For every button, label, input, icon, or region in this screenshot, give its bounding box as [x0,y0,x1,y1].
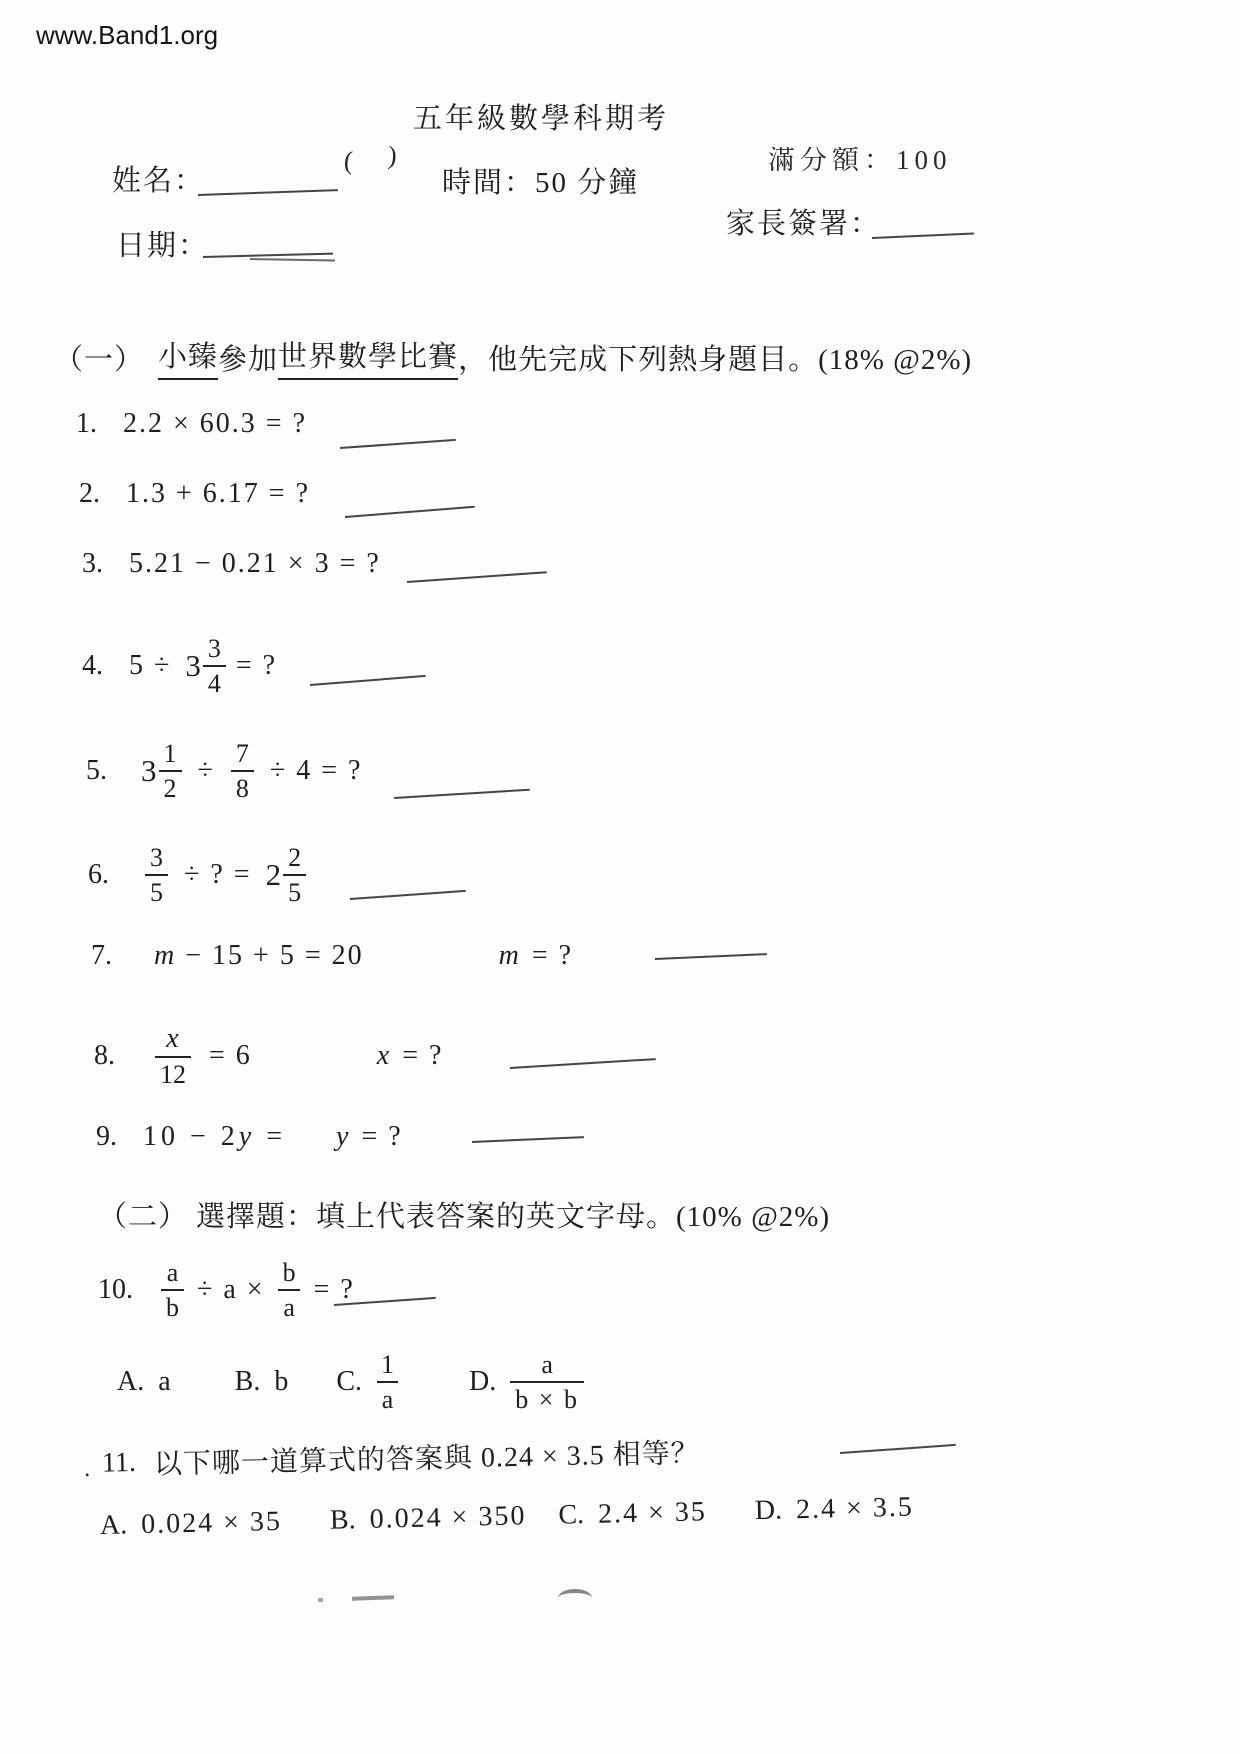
denominator: 4 [203,665,226,697]
question-4-number: 4. [82,650,103,682]
question-1-number: 1. [76,408,97,440]
name-blank [198,189,338,196]
numerator: 2 [283,844,306,874]
question-1-expression: 2.2 × 60.3 = ? [123,408,307,440]
fraction: 7 8 [231,740,254,803]
answer-blank-q3 [407,571,547,583]
fraction: 1 a [376,1351,399,1414]
student-name-underlined: 小臻 [158,334,218,380]
question-5-post: ÷ 4 = ? [270,755,363,787]
question-9-number: 9. [96,1121,117,1153]
whole-number: 3 [141,753,157,789]
section2-text: 選擇題：填上代表答案的英文字母。(10% @2%) [196,1194,830,1235]
denominator: a [278,1289,300,1321]
option-b-label: B. [330,1504,356,1537]
question-11-options: A. 0.024 × 35 B. 0.024 × 350 C. 2.4 × 35… [100,1492,915,1542]
question-4-pre: 5 ÷ [129,650,171,682]
fraction: a b [161,1259,184,1322]
question-5: 5. 3 1 2 ÷ 7 8 ÷ 4 = ? [86,727,362,815]
numerator-variable-x: x [161,1024,184,1056]
whole-number: 2 [266,857,282,893]
question-8: 8. x 12 = 6 x = ? [94,1014,443,1098]
event-name-underlined: 世界數學比賽 [278,334,458,380]
section2-heading: （二） 選擇題：填上代表答案的英文字母。(10% @2%) [98,1194,830,1235]
option-c: C. 1 a [336,1351,399,1414]
parent-signature-blank [872,233,974,239]
section1-heading: （一） 小臻 參加 世界數學比賽 ，他先完成下列熱身題目。(18% @2%) [54,334,972,380]
question-4: 4. 5 ÷ 3 3 4 = ? [82,624,277,708]
option-d: D. a b × b [469,1351,584,1414]
answer-blank-q6 [350,890,466,900]
question-9-post: = [266,1121,284,1153]
question-11-text: 以下哪一道算式的答案與 0.24 × 3.5 相等？ [154,1431,701,1482]
question-3-expression: 5.21 − 0.21 × 3 = ? [129,548,381,580]
answer-variable-y: y [336,1121,349,1153]
numerator: 1 [376,1351,399,1381]
option-b-text: b [274,1366,290,1398]
question-10: 10. a b ÷ a × b a = ? [98,1248,355,1332]
question-10-options: A. a B. b C. 1 a D. a b × b [117,1342,584,1422]
question-5-operator: ÷ [198,755,215,787]
class-paren-close: ) [387,141,398,172]
option-a: A. 0.024 × 35 [100,1506,283,1542]
numerator: a [162,1259,184,1289]
answer-variable-m: m [499,940,520,972]
question-10-post: = ? [314,1274,355,1306]
answer-blank-q9 [472,1136,584,1143]
question-6-number: 6. [88,859,109,891]
date-blank-squiggle [250,258,335,261]
answer-blank-q7 [655,953,767,960]
scan-artifact-dash [352,1595,394,1600]
option-a: A. a [117,1366,173,1398]
option-c-text: 2.4 × 35 [598,1496,707,1530]
fraction: x 12 [155,1024,191,1089]
question-11: . 11. 以下哪一道算式的答案與 0.24 × 3.5 相等？ [84,1431,700,1484]
variable-m: m [154,940,175,972]
fraction: 2 5 [283,844,306,907]
question-2-number: 2. [79,478,100,510]
option-a-text: a [158,1366,172,1398]
numerator: 1 [159,740,182,770]
option-b-label: B. [235,1366,261,1398]
option-d-label: D. [469,1366,496,1398]
section1-text1: 參加 [218,337,278,378]
full-marks-label: 滿分額：100 [768,147,978,174]
mixed-number: 3 1 2 [141,740,182,803]
numerator: 3 [145,844,168,874]
numerator: 7 [231,740,254,770]
option-c: C. 2.4 × 35 [558,1496,707,1531]
question-7: 7. m − 15 + 5 = 20 m = ? [91,933,573,979]
question-6: 6. 3 5 ÷ ? = 2 2 5 [88,831,306,919]
question-7-number: 7. [91,940,112,972]
numerator: 3 [203,635,226,665]
question-1: 1. 2.2 × 60.3 = ? [76,408,307,440]
denominator: 5 [283,874,306,906]
numerator: a [536,1351,558,1381]
section1-marker: （一） [54,337,144,378]
question-9: 9. 10 − 2 y = y = ? [96,1114,403,1160]
section1-text2: ，他先完成下列熱身題目。(18% @2%) [458,337,972,378]
full-marks-text: 滿分額：100 [768,147,978,174]
fraction: 3 4 [203,635,226,698]
scan-artifact-dot [318,1598,323,1602]
option-b: B. b [235,1366,291,1398]
scan-artifact-arc [558,1589,592,1607]
exam-title: 五年級數學科期考 [413,96,669,137]
fraction: 1 2 [159,740,182,803]
question-9-answer-eq: = ? [361,1121,402,1153]
option-b-text: 0.024 × 350 [369,1500,526,1536]
option-d: D. 2.4 × 3.5 [754,1492,914,1528]
time-label: 時間：50 分鐘 [442,160,639,201]
question-8-post: = 6 [209,1040,252,1072]
question-2-expression: 1.3 + 6.17 = ? [126,478,310,510]
option-b: B. 0.024 × 350 [330,1500,527,1536]
option-d-text: 2.4 × 3.5 [796,1492,914,1527]
denominator: 12 [155,1056,191,1088]
question-11-leading-dot: . [84,1455,91,1482]
question-7-rest: − 15 + 5 = 20 [185,940,363,972]
question-2: 2. 1.3 + 6.17 = ? [79,478,310,510]
answer-blank-q11 [840,1444,956,1454]
variable-y: y [239,1121,252,1153]
denominator: 5 [145,874,168,906]
denominator: 8 [231,770,254,802]
question-10-mid: ÷ a × [197,1274,265,1306]
option-c-label: C. [336,1366,362,1398]
question-3: 3. 5.21 − 0.21 × 3 = ? [82,548,381,580]
fraction: b a [278,1259,301,1322]
mixed-number: 2 2 5 [266,844,307,907]
section2-marker: （二） [98,1194,188,1235]
denominator: b [161,1289,184,1321]
option-a-text: 0.024 × 35 [141,1506,282,1541]
answer-blank-q2 [345,506,475,518]
exam-paper-page: www.Band1.org 五年級數學科期考 姓名： ( ) 時間：50 分鐘 … [0,0,1240,1754]
answer-blank-q8 [510,1058,656,1069]
answer-blank-q4 [310,675,426,686]
option-a-label: A. [100,1509,128,1542]
numerator: b [278,1259,301,1289]
answer-blank-q5 [394,789,530,799]
parent-signature-label: 家長簽署： [726,201,881,242]
denominator: a [377,1381,399,1413]
denominator: b × b [510,1381,584,1413]
fraction: 3 5 [145,844,168,907]
question-3-number: 3. [82,548,103,580]
question-8-number: 8. [94,1040,115,1072]
watermark: www.Band1.org [36,20,218,51]
question-9-pre: 10 − 2 [143,1121,239,1153]
answer-blank-q1 [340,439,456,449]
option-c-label: C. [558,1499,584,1532]
option-d-label: D. [754,1495,782,1528]
whole-number: 3 [185,648,201,684]
denominator: 2 [159,770,182,802]
answer-variable-x: x [377,1040,390,1072]
question-10-number: 10. [98,1274,133,1306]
question-7-answer-eq: = ? [532,940,573,972]
question-5-number: 5. [86,755,107,787]
mixed-number: 3 3 4 [185,635,226,698]
date-label: 日期： [116,223,209,264]
fraction: a b × b [510,1351,584,1414]
question-6-mid: ÷ ? = [184,859,252,891]
class-paren-open: ( [343,146,354,177]
question-11-number: 11. [102,1447,137,1480]
question-8-answer-eq: = ? [402,1040,443,1072]
date-blank [203,253,333,258]
question-4-post: = ? [236,650,277,682]
option-a-label: A. [117,1366,144,1398]
name-label: 姓名： [112,158,205,199]
